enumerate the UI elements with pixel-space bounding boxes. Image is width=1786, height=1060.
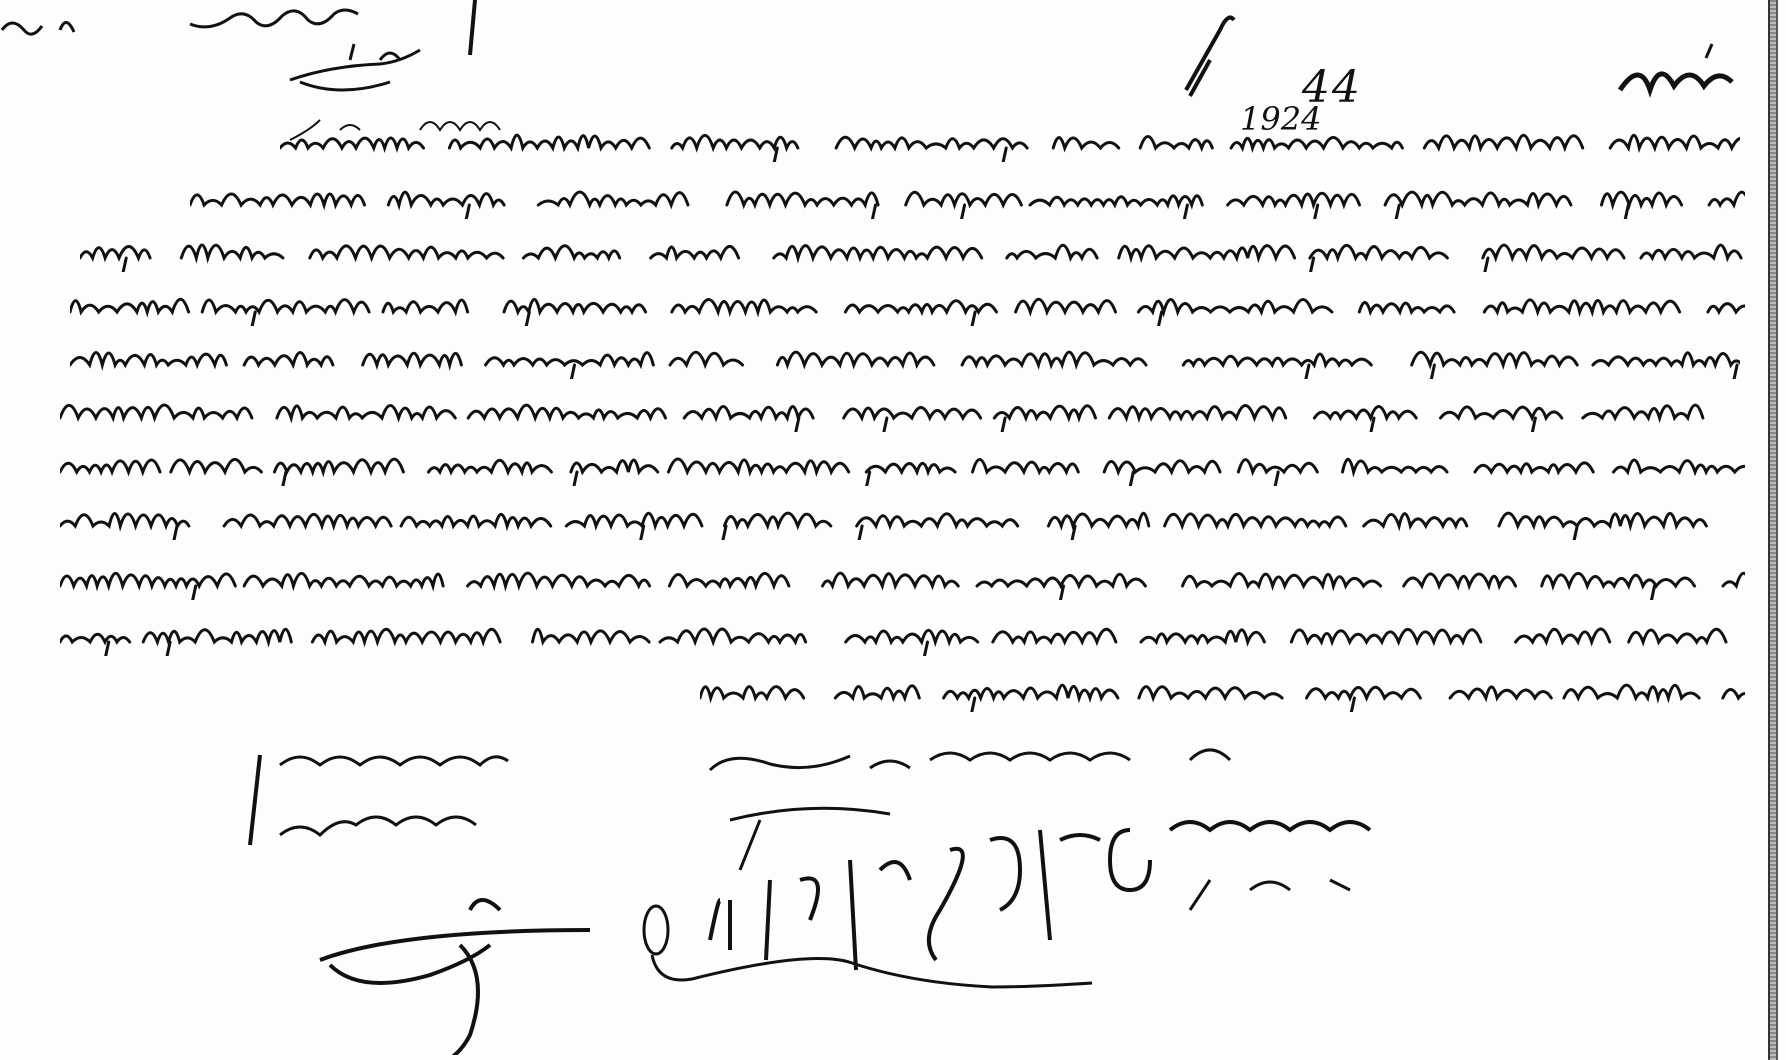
scanned-letter-page: [signature block — not transcribed] 44 1… xyxy=(0,0,1786,1060)
handwritten-line-text: [handwritten line 3 — not transcribed] xyxy=(80,272,81,273)
handwritten-line: [handwritten line 8 — not transcribed] xyxy=(60,496,1745,540)
handwritten-line: [handwritten line 1 — not transcribed] xyxy=(280,118,1740,162)
handwritten-line-text: [handwritten line 2 — not transcribed] xyxy=(190,219,191,220)
handwritten-line: [handwritten line 7 — not transcribed] xyxy=(60,442,1745,486)
handwritten-line-text: [handwritten line 1 — not transcribed] xyxy=(280,162,281,163)
handwritten-line-text: [handwritten line 10 — not transcribed] xyxy=(60,656,61,657)
handwritten-line-text: [handwritten line 8 — not transcribed] xyxy=(60,540,61,541)
handwritten-line-text: [handwritten line 4 — not transcribed] xyxy=(70,326,71,327)
handwritten-line-text: [handwritten line 5 — not transcribed] xyxy=(70,379,71,380)
handwritten-line: [handwritten line 2 — not transcribed] xyxy=(190,175,1745,219)
page-edge-border xyxy=(1768,0,1778,1060)
handwritten-line: [handwritten line 6 — not transcribed] xyxy=(60,388,1745,432)
bottom-left-signature xyxy=(220,735,600,1055)
handwritten-line-text: [handwritten line 9 — not transcribed] xyxy=(60,600,61,601)
handwritten-line: [handwritten line 11 — not transcribed] xyxy=(700,668,1745,712)
handwritten-line: [handwritten line 9 — not transcribed] xyxy=(60,556,1745,600)
handwritten-line: [handwritten line 4 — not transcribed] xyxy=(70,282,1745,326)
handwritten-line: [handwritten line 3 — not transcribed] xyxy=(80,228,1745,272)
handwritten-line: [handwritten line 10 — not transcribed] xyxy=(60,612,1745,656)
bottom-center-signature xyxy=(630,740,1530,1020)
handwritten-line-text: [handwritten line 7 — not transcribed] xyxy=(60,486,61,487)
heading-flourish xyxy=(1180,10,1240,100)
heading-word xyxy=(1610,40,1750,100)
handwritten-line-text: [handwritten line 11 — not transcribed] xyxy=(700,712,701,713)
handwritten-line-text: [handwritten line 6 — not transcribed] xyxy=(60,432,61,433)
handwritten-line: [handwritten line 5 — not transcribed] xyxy=(70,335,1740,379)
